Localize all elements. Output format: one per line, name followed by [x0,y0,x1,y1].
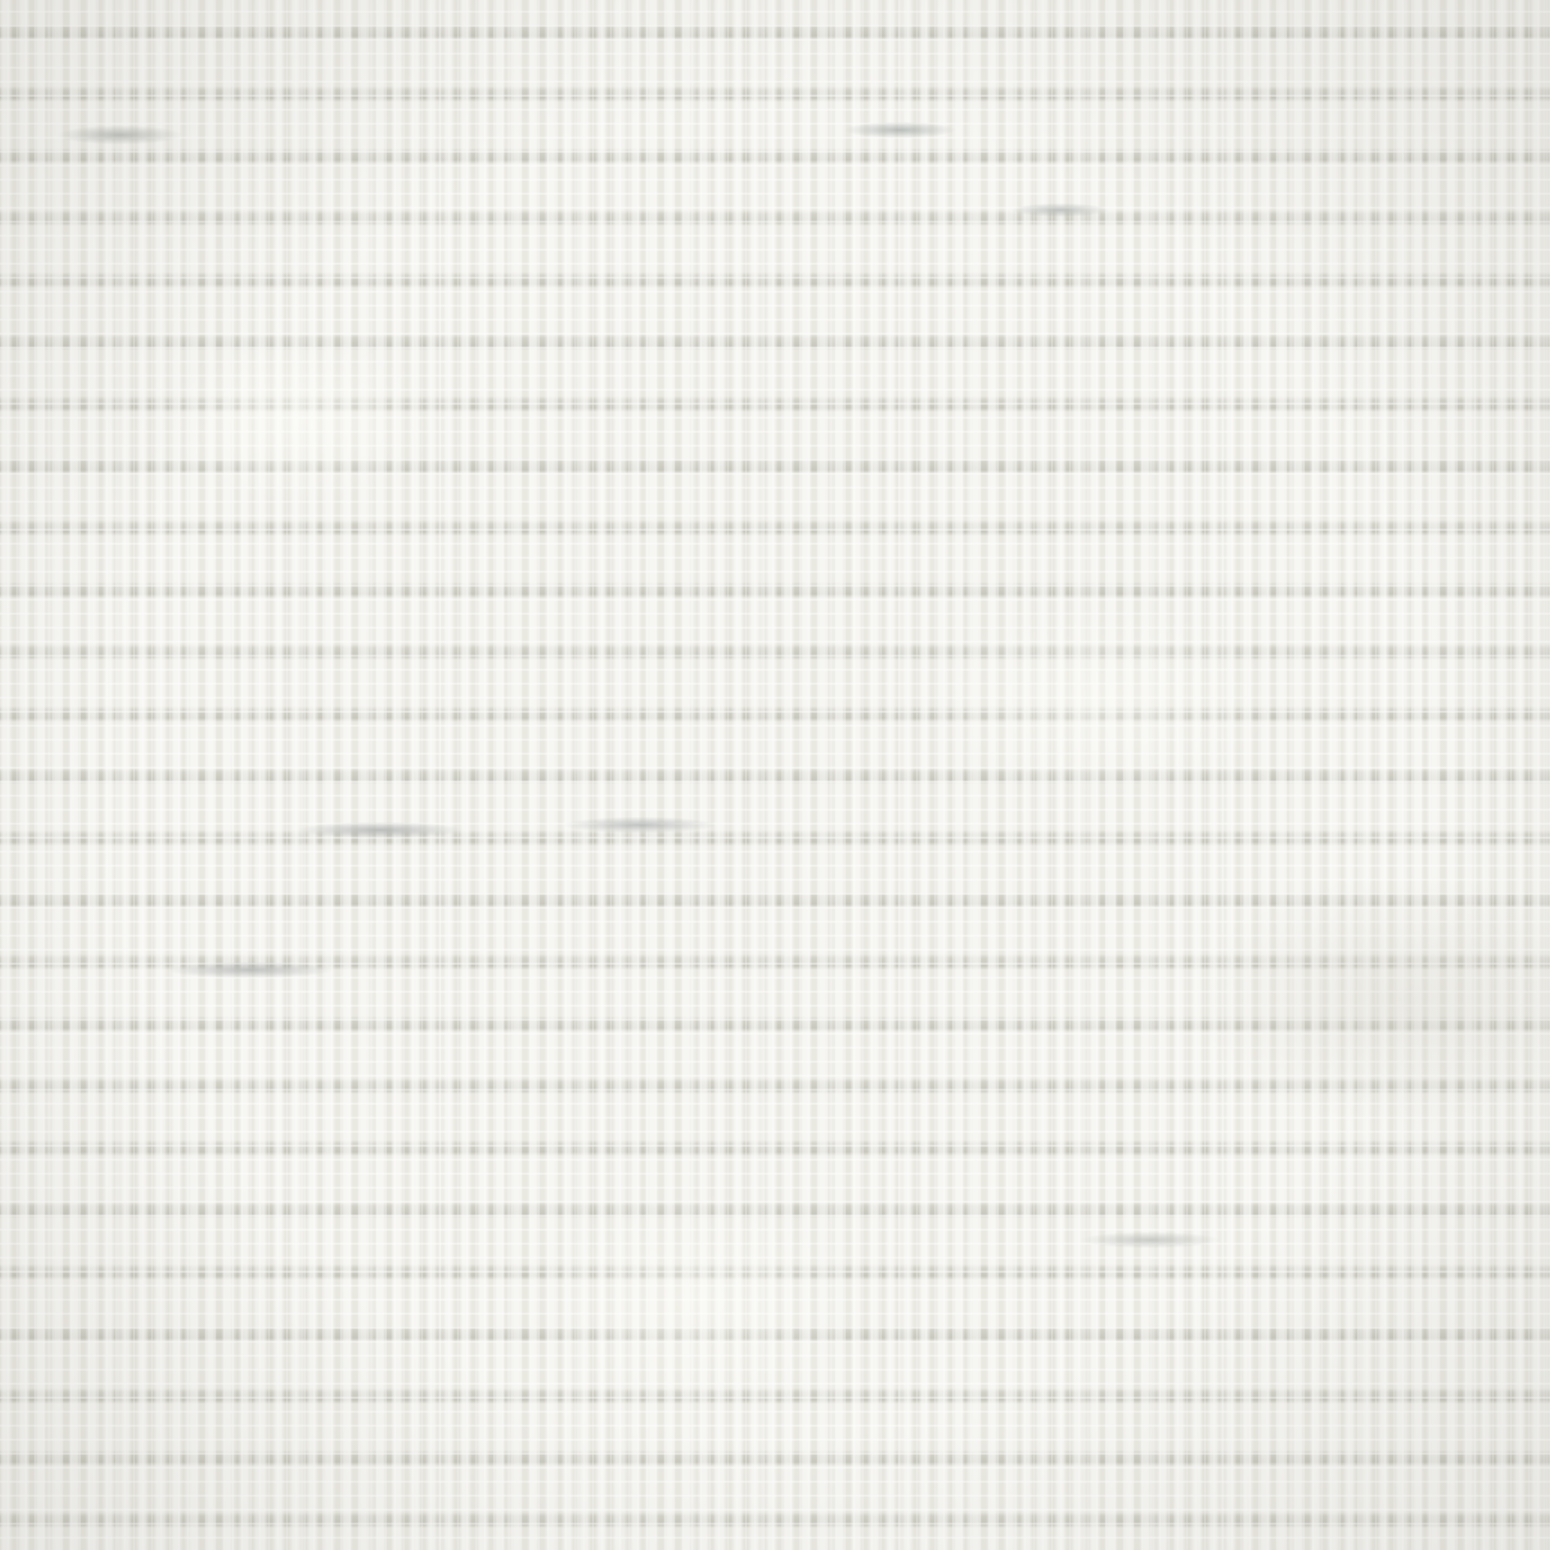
fabric-texture-photo [0,0,1550,1550]
vignette-layer [0,0,1550,1550]
